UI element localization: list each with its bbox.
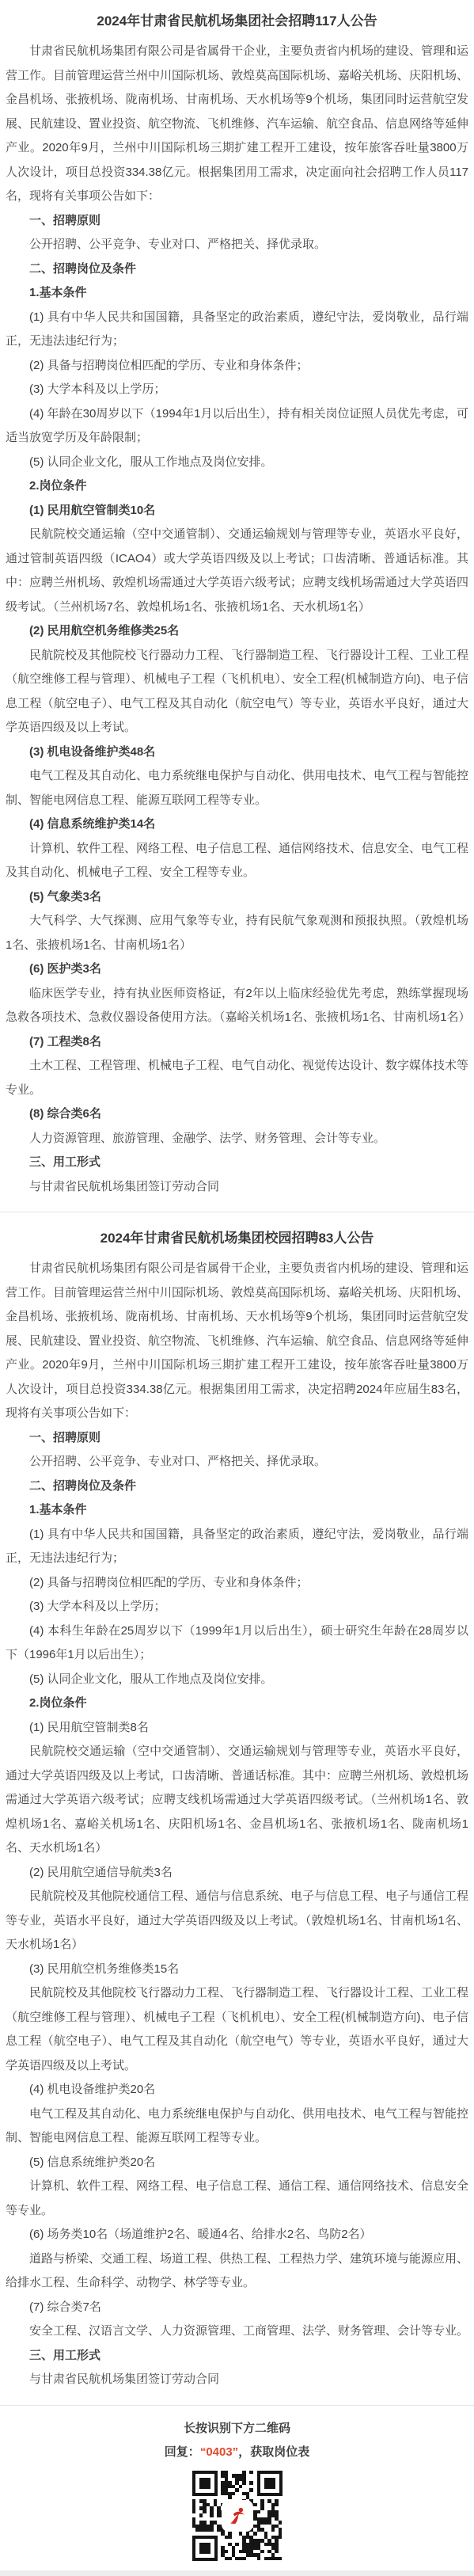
announcement-title: 2024年甘肃省民航机场集团社会招聘117人公告: [6, 5, 468, 40]
qr-finder-top-right: [257, 2471, 283, 2496]
position-heading: (7) 工程类8名: [6, 1030, 468, 1055]
paragraph: 土木工程、工程管理、机械电子工程、电气自动化、视觉传达设计、数字媒体技术等专业。: [6, 1054, 468, 1102]
paragraph: 民航院校交通运输（空中交通管制）、交通运输规划与管理等专业，英语水平良好，通过大…: [6, 1740, 468, 1861]
section-heading: 1.基本条件: [6, 1498, 468, 1523]
section-heading: 三、用工形式: [6, 1151, 468, 1175]
section-heading: 二、招聘岗位及条件: [6, 1474, 468, 1499]
section-heading: 一、招聘原则: [6, 209, 468, 234]
position-heading: (1) 民用航空管制类10名: [6, 499, 468, 523]
announcement: 2024年甘肃省民航机场集团校园招聘83人公告甘肃省民航机场集团有限公司是省属骨…: [6, 1222, 468, 2392]
paragraph: (3) 大学本科及以上学历；: [6, 378, 468, 402]
position-heading: (2) 民用航空机务维修类25名: [6, 619, 468, 644]
paragraph: 大气科学、大气探测、应用气象等专业，持有民航气象观测和预报执照。（敦煌机场1名、…: [6, 909, 468, 957]
paragraph: (2) 民用航空通信导航类3名: [6, 1861, 468, 1885]
announcement-title: 2024年甘肃省民航机场集团校园招聘83人公告: [6, 1222, 468, 1257]
paragraph: 道路与桥梁、交通工程、场道工程、供热工程、工程热力学、建筑环境与能源应用、给排水…: [6, 2247, 468, 2296]
paragraph: (2) 具备与招聘岗位相匹配的学历、专业和身体条件；: [6, 1571, 468, 1596]
paragraph: 电气工程及其自动化、电力系统继电保护与自动化、供用电技术、电气工程与智能控制、智…: [6, 764, 468, 812]
paragraph: 临床医学专业，持有执业医师资格证，有2年以上临床经验优先考虑，熟练掌握现场急救各…: [6, 982, 468, 1030]
reply-instruction: 回复：“0403”，获取岗位表: [6, 2441, 468, 2464]
page-bottom-strip: [0, 2570, 474, 2576]
paragraph: 人力资源管理、旅游管理、金融学、法学、财务管理、会计等专业。: [6, 1127, 468, 1151]
qr-finder-bottom-left: [192, 2536, 218, 2561]
scan-tip-text: 长按识别下方二维码: [6, 2417, 468, 2441]
paragraph: 公开招聘、公平竞争、专业对口、严格把关、择优录取。: [6, 233, 468, 257]
divider: [0, 2405, 474, 2406]
paragraph: (5) 信息系统维护类20名: [6, 2151, 468, 2175]
position-heading: (4) 信息系统维护类14名: [6, 812, 468, 837]
paragraph: 与甘肃省民航机场集团签订劳动合同: [6, 2368, 468, 2392]
paragraph: (1) 民用航空管制类8名: [6, 1716, 468, 1741]
paragraph: (4) 本科生年龄在25周岁以下（1999年1月以后出生），硕士研究生年龄在28…: [6, 1619, 468, 1668]
paragraph: 甘肃省民航机场集团有限公司是省属骨干企业，主要负责省内机场的建设、管理和运营工作…: [6, 40, 468, 209]
paragraph: (5) 认同企业文化，服从工作地点及岗位安排。: [6, 451, 468, 475]
paragraph: 甘肃省民航机场集团有限公司是省属骨干企业，主要负责省内机场的建设、管理和运营工作…: [6, 1257, 468, 1426]
paragraph: (6) 场务类10名（场道维护2名、暖通4名、给排水2名、鸟防2名）: [6, 2223, 468, 2247]
qr-code[interactable]: [192, 2471, 283, 2561]
section-heading: 2.岗位条件: [6, 474, 468, 499]
paragraph: (4) 机电设备维护类20名: [6, 2078, 468, 2102]
reply-code: “0403”: [200, 2445, 238, 2459]
divider: [0, 1212, 474, 1212]
section-heading: 一、招聘原则: [6, 1426, 468, 1451]
section-heading: 三、用工形式: [6, 2344, 468, 2369]
paragraph: (3) 大学本科及以上学历；: [6, 1595, 468, 1619]
paragraph: (7) 综合类7名: [6, 2296, 468, 2320]
position-heading: (8) 综合类6名: [6, 1102, 468, 1127]
section-heading: 1.基本条件: [6, 281, 468, 306]
paragraph: (3) 民用航空机务维修类15名: [6, 1958, 468, 1982]
position-heading: (6) 医护类3名: [6, 957, 468, 982]
paragraph: 民航院校及其他院校飞行器动力工程、飞行器制造工程、飞行器设计工程、工业工程（航空…: [6, 1981, 468, 2078]
announcements-container: 2024年甘肃省民航机场集团社会招聘117人公告甘肃省民航机场集团有限公司是省属…: [6, 5, 468, 2406]
paragraph: 电气工程及其自动化、电力系统继电保护与自动化、供用电技术、电气工程与智能控制、智…: [6, 2102, 468, 2151]
paragraph: 安全工程、汉语言文学、人力资源管理、工商管理、法学、财务管理、会计等专业。: [6, 2319, 468, 2344]
paragraph: 与甘肃省民航机场集团签订劳动合同: [6, 1175, 468, 1200]
runner-icon: [223, 2502, 252, 2530]
paragraph: 公开招聘、公平竞争、专业对口、严格把关、择优录取。: [6, 1450, 468, 1474]
paragraph: (1) 具有中华人民共和国国籍，具备坚定的政治素质，遵纪守法，爱岗敬业，品行端正…: [6, 306, 468, 354]
reply-prefix: 回复：: [165, 2445, 200, 2459]
paragraph: 民航院校及其他院校飞行器动力工程、飞行器制造工程、飞行器设计工程、工业工程（航空…: [6, 644, 468, 740]
paragraph: 民航院校交通运输（空中交通管制）、交通运输规划与管理等专业，英语水平良好，通过管…: [6, 523, 468, 619]
paragraph: (2) 具备与招聘岗位相匹配的学历、专业和身体条件；: [6, 354, 468, 379]
section-heading: 二、招聘岗位及条件: [6, 257, 468, 282]
paragraph: (4) 年龄在30周岁以下（1994年1月以后出生），持有相关岗位证照人员优先考…: [6, 402, 468, 451]
qr-finder-top-left: [192, 2471, 218, 2496]
article-body: 2024年甘肃省民航机场集团社会招聘117人公告甘肃省民航机场集团有限公司是省属…: [0, 0, 474, 2561]
position-heading: (3) 机电设备维护类48名: [6, 740, 468, 765]
section-heading: 2.岗位条件: [6, 1691, 468, 1716]
paragraph: (1) 具有中华人民共和国国籍，具备坚定的政治素质，遵纪守法，爱岗敬业，品行端正…: [6, 1523, 468, 1571]
position-heading: (5) 气象类3名: [6, 885, 468, 910]
paragraph: 民航院校及其他院校通信工程、通信与信息系统、电子与信息工程、电子与通信工程等专业…: [6, 1885, 468, 1958]
paragraph: 计算机、软件工程、网络工程、电子信息工程、通信网络技术、信息安全、电气工程及其自…: [6, 837, 468, 885]
paragraph: 计算机、软件工程、网络工程、电子信息工程、通信工程、通信网络技术、信息安全等专业…: [6, 2175, 468, 2223]
reply-suffix: ，获取岗位表: [238, 2445, 309, 2459]
announcement: 2024年甘肃省民航机场集团社会招聘117人公告甘肃省民航机场集团有限公司是省属…: [6, 5, 468, 1199]
paragraph: (5) 认同企业文化，服从工作地点及岗位安排。: [6, 1668, 468, 1692]
qr-footer: 长按识别下方二维码 回复：“0403”，获取岗位表: [6, 2415, 468, 2561]
